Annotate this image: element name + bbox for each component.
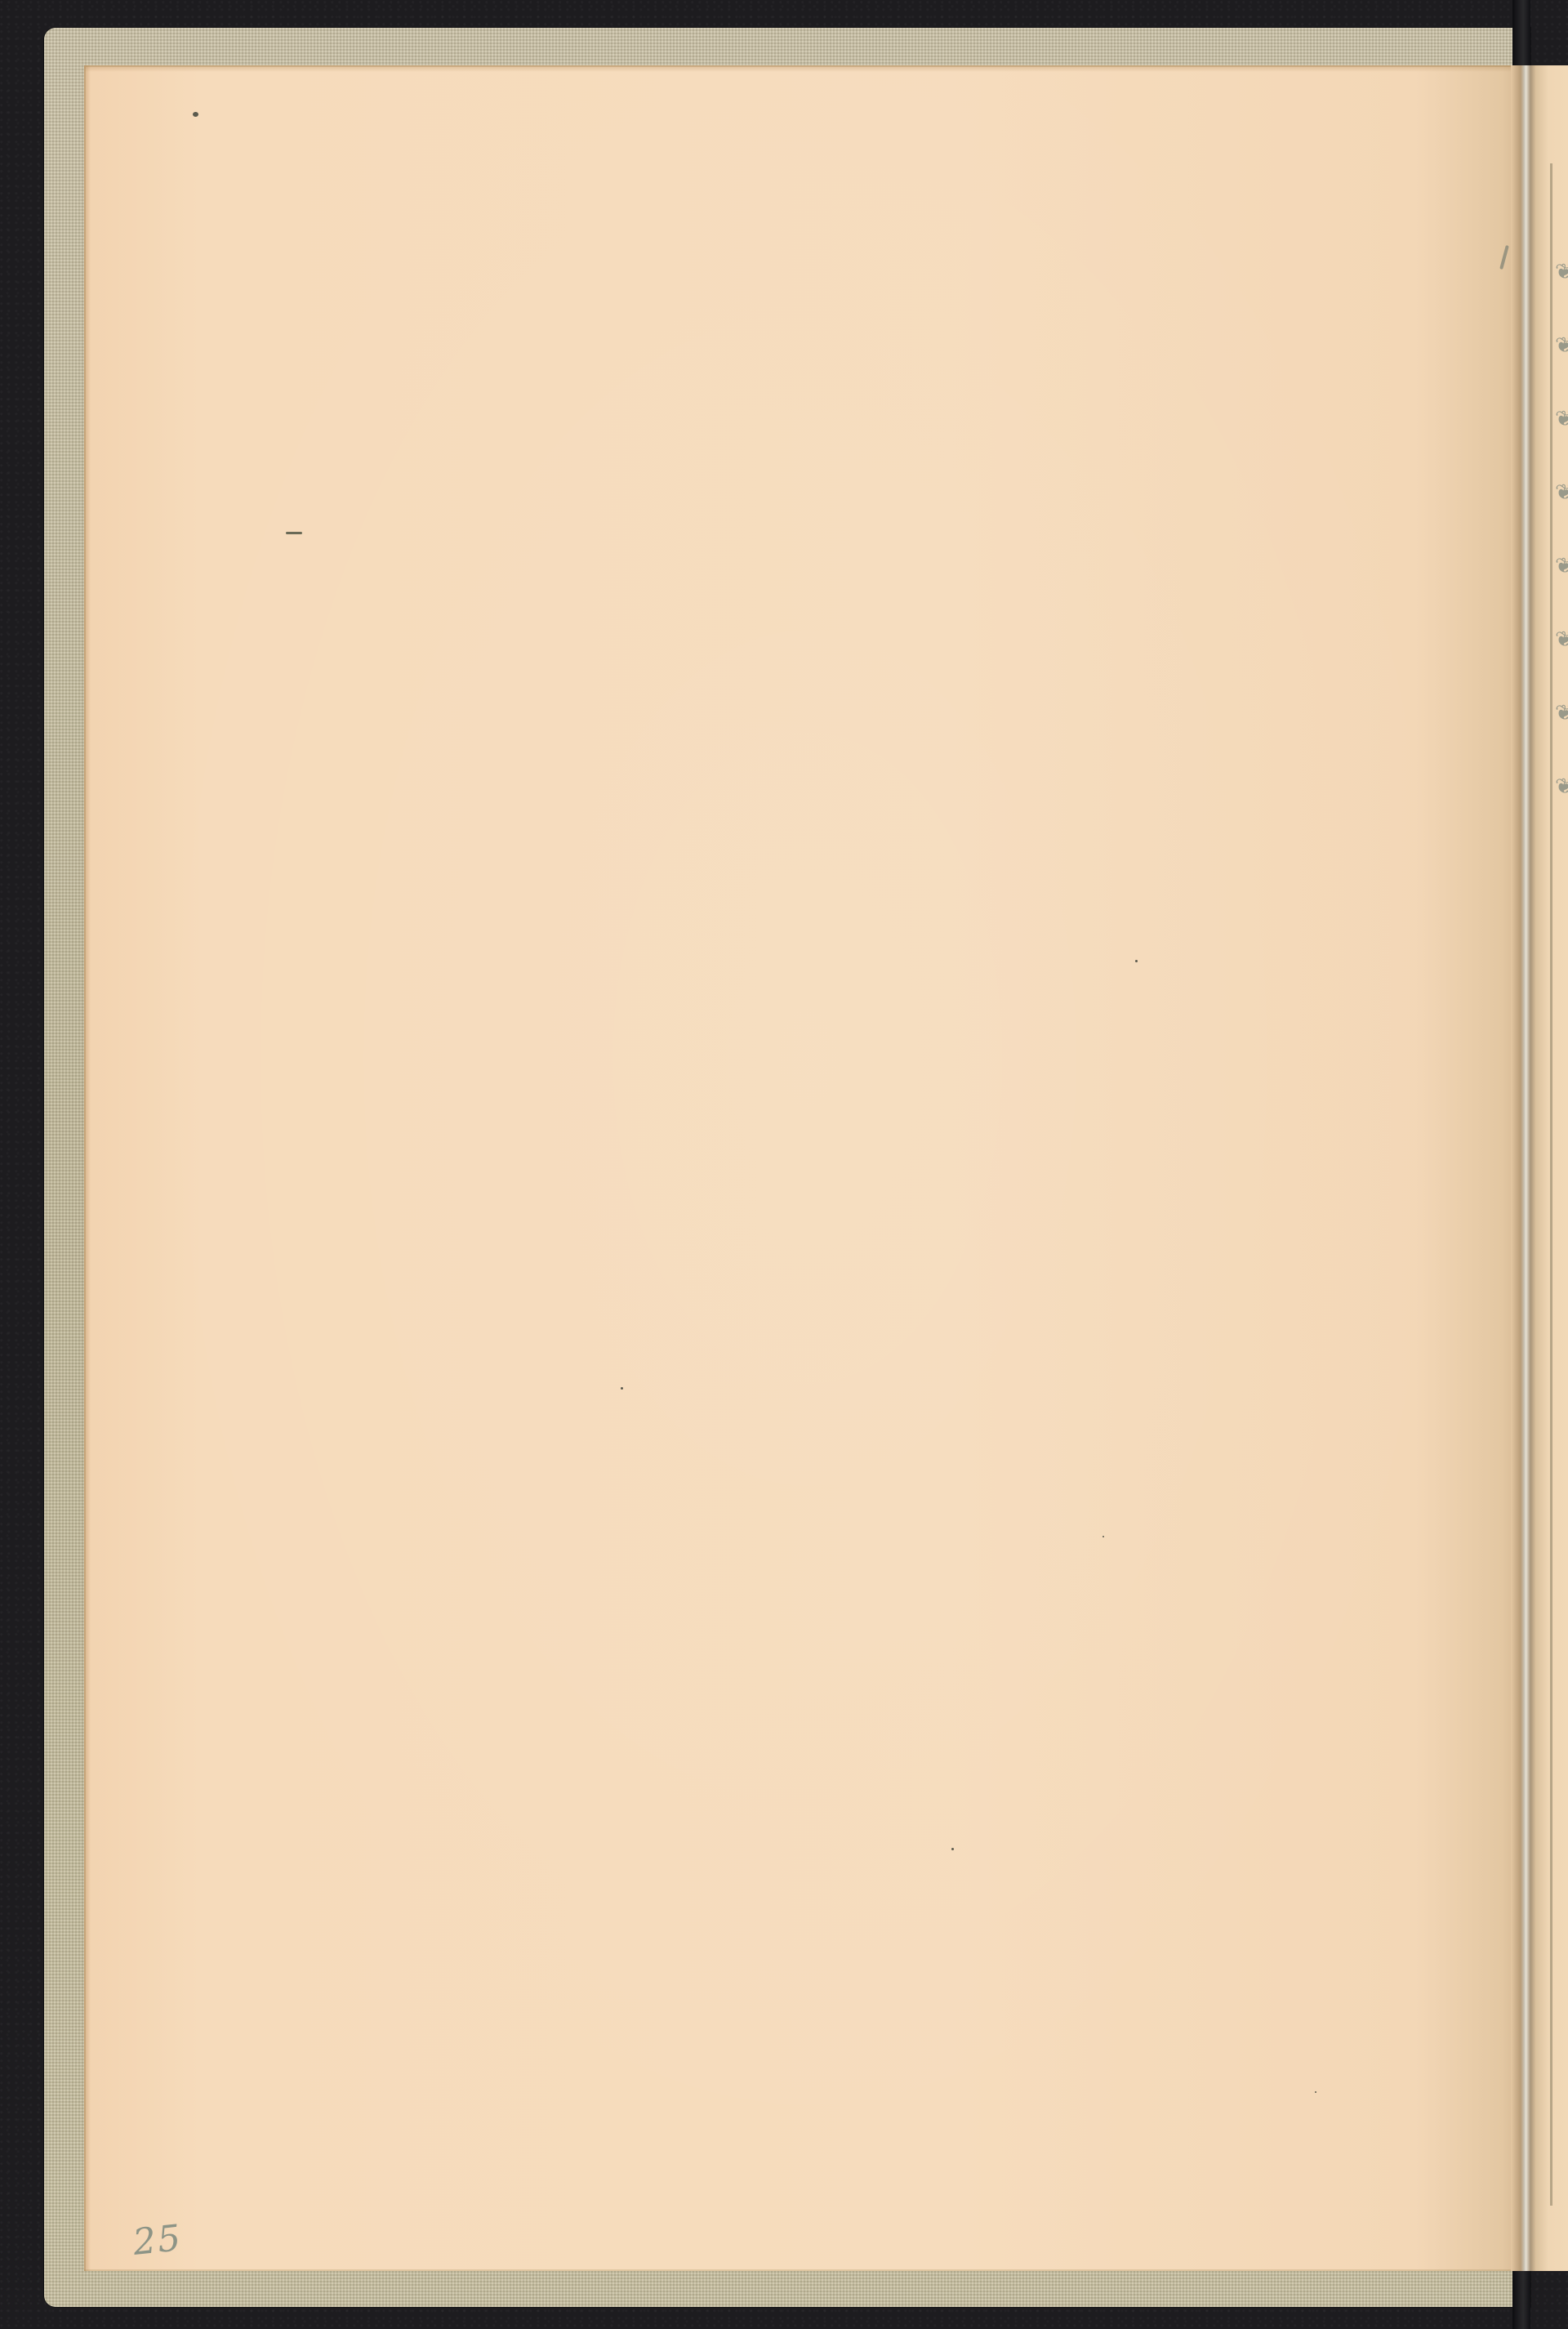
paper-speck	[193, 112, 198, 117]
paper-speck	[951, 1848, 954, 1850]
paper-speck	[1315, 2091, 1316, 2093]
pencil-page-number: 25	[131, 2217, 184, 2264]
ornament-icon: ❦	[1555, 776, 1568, 797]
scan-background: 25 ❦ ❦ ❦ ❦ ❦ ❦ ❦ ❦	[0, 0, 1568, 2329]
adjacent-page-edge: ❦ ❦ ❦ ❦ ❦ ❦ ❦ ❦	[1535, 65, 1568, 2271]
ornament-icon: ❦	[1555, 261, 1568, 283]
paper-speck	[286, 532, 302, 534]
ornament-icon: ❦	[1555, 555, 1568, 577]
gutter-fold	[1511, 65, 1535, 2271]
paper-speck	[1135, 960, 1138, 962]
ornament-icon: ❦	[1555, 703, 1568, 724]
paper-speck	[621, 1387, 623, 1390]
ornament-icon: ❦	[1555, 408, 1568, 430]
flyleaf-page	[84, 65, 1531, 2271]
ornament-icon: ❦	[1555, 335, 1568, 356]
paper-speck	[1102, 1536, 1104, 1537]
decorative-border-rule	[1550, 163, 1552, 2206]
ornament-icon: ❦	[1555, 482, 1568, 503]
ornament-icon: ❦	[1555, 629, 1568, 650]
